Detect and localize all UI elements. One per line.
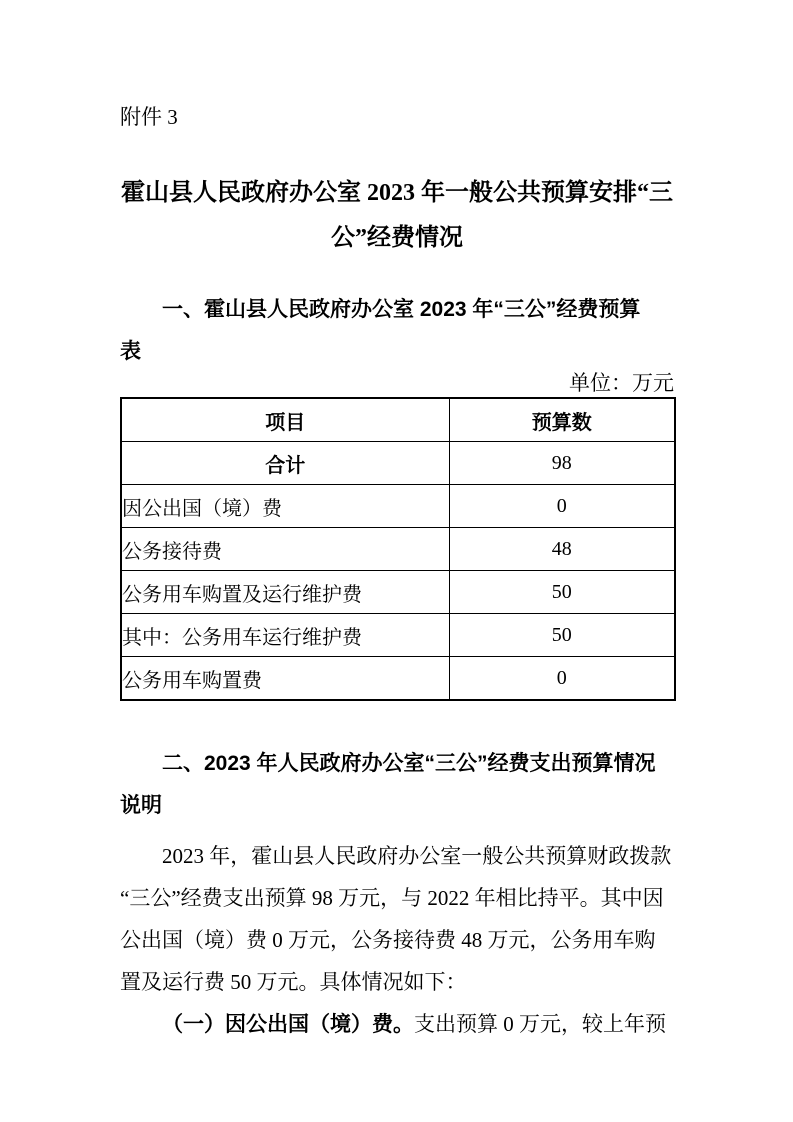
table-cell-item: 因公出国（境）费: [121, 485, 449, 528]
table-row: 其中：公务用车运行维护费 50: [121, 614, 675, 657]
budget-table: 项目 预算数 合计 98 因公出国（境）费 0 公务接待费 48 公: [120, 397, 676, 701]
table-cell-item: 合计: [121, 442, 449, 485]
document-title: 霍山县人民政府办公室 2023 年一般公共预算安排“三 公”经费情况: [120, 171, 674, 261]
table-cell-value: 0: [449, 485, 675, 528]
table-cell-item: 其中：公务用车运行维护费: [121, 614, 449, 657]
table-cell-value: 0: [449, 657, 675, 701]
section-1-heading-line-1: 一、霍山县人民政府办公室 2023 年“三公”经费预算: [120, 289, 674, 331]
table-row: 因公出国（境）费 0: [121, 485, 675, 528]
budget-summary-paragraph: 2023 年，霍山县人民政府办公室一般公共预算财政拨款 “三公”经费支出预算 9…: [120, 835, 674, 1003]
table-cell-value: 50: [449, 614, 675, 657]
page-content: 附件 3 霍山县人民政府办公室 2023 年一般公共预算安排“三 公”经费情况 …: [0, 0, 793, 1045]
section-1-heading: 一、霍山县人民政府办公室 2023 年“三公”经费预算 表: [120, 289, 674, 373]
table-unit-note: 单位：万元: [120, 371, 674, 395]
paragraph-line: 2023 年，霍山县人民政府办公室一般公共预算财政拨款: [120, 835, 674, 877]
section-1-heading-line-2: 表: [120, 331, 674, 373]
paragraph-line: （一）因公出国（境）费。支出预算 0 万元，较上年预: [120, 1003, 674, 1045]
section-2-heading: 二、2023 年人民政府办公室“三公”经费支出预算情况 说明: [120, 743, 674, 827]
table-cell-item: 公务接待费: [121, 528, 449, 571]
table-row: 公务接待费 48: [121, 528, 675, 571]
section-2-heading-line-2: 说明: [120, 785, 674, 827]
section-2-heading-line-1: 二、2023 年人民政府办公室“三公”经费支出预算情况: [120, 743, 674, 785]
item-1-text: 支出预算 0 万元，较上年预: [414, 1012, 666, 1036]
paragraph-line: 置及运行费 50 万元。具体情况如下：: [120, 961, 674, 1003]
table-header-value: 预算数: [449, 398, 675, 442]
table-cell-value: 50: [449, 571, 675, 614]
paragraph-line: “三公”经费支出预算 98 万元，与 2022 年相比持平。其中因: [120, 877, 674, 919]
attachment-label: 附件 3: [120, 0, 674, 131]
table-row: 公务用车购置及运行维护费 50: [121, 571, 675, 614]
document-page: 附件 3 霍山县人民政府办公室 2023 年一般公共预算安排“三 公”经费情况 …: [0, 0, 793, 1122]
table-header-item: 项目: [121, 398, 449, 442]
table-cell-item: 公务用车购置费: [121, 657, 449, 701]
document-title-line-1: 霍山县人民政府办公室 2023 年一般公共预算安排“三: [120, 171, 674, 216]
table-cell-value: 48: [449, 528, 675, 571]
table-row-total: 合计 98: [121, 442, 675, 485]
table-cell-value: 98: [449, 442, 675, 485]
paragraph-line: 公出国（境）费 0 万元，公务接待费 48 万元，公务用车购: [120, 919, 674, 961]
item-1-paragraph: （一）因公出国（境）费。支出预算 0 万元，较上年预: [120, 1003, 674, 1045]
table-row: 公务用车购置费 0: [121, 657, 675, 701]
table-header-row: 项目 预算数: [121, 398, 675, 442]
table-cell-item: 公务用车购置及运行维护费: [121, 571, 449, 614]
document-title-line-2: 公”经费情况: [120, 216, 674, 261]
item-1-label: （一）因公出国（境）费。: [162, 1012, 414, 1036]
